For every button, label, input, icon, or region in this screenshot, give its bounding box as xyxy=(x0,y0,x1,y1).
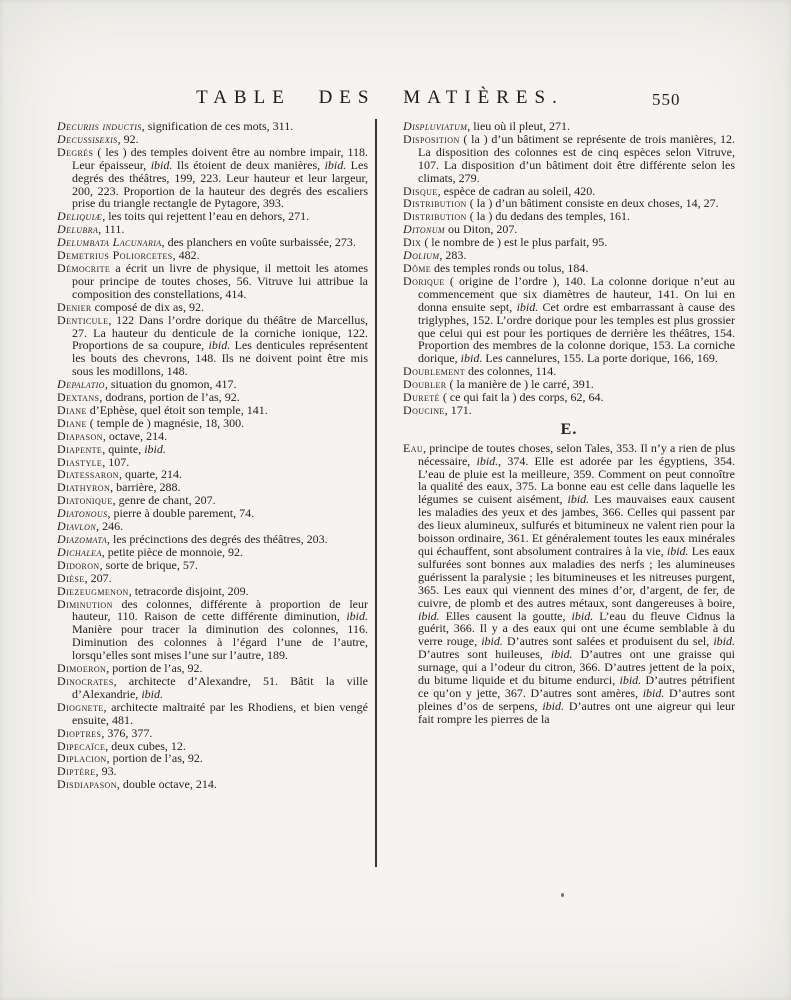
entry-term: Decuriis inductis xyxy=(57,119,142,133)
ibid-reference: ibid. xyxy=(418,609,440,623)
entry-term: Dichalea xyxy=(57,545,102,559)
page-title: TABLE DES MATIÈRES. xyxy=(140,87,620,109)
entry-term: Didoron xyxy=(57,558,100,572)
page-number: 550 xyxy=(652,90,681,110)
index-entry: Dinocrates, architecte d’Alexandre, 51. … xyxy=(57,675,368,701)
entry-term: Diatessaron xyxy=(57,467,119,481)
entry-term: Doubler xyxy=(403,377,446,391)
index-entry: Eau, principe de toutes choses, selon Ta… xyxy=(403,442,735,726)
entry-term: Diezeugmenon xyxy=(57,584,129,598)
index-entry: Diminution des colonnes, différente à pr… xyxy=(57,598,368,663)
entry-term: Doucine xyxy=(403,403,445,417)
entry-term: Degrés xyxy=(57,145,93,159)
index-entry: Dichalea, petite pièce de monnoie, 92. xyxy=(57,546,368,559)
ibid-reference: ibid. xyxy=(568,492,590,506)
index-entry: Doucine, 171. xyxy=(403,404,735,417)
entry-term: Dôme xyxy=(403,261,431,275)
entry-term: Diatonous xyxy=(57,506,108,520)
index-entry: Dôme des temples ronds ou tolus, 184. xyxy=(403,262,735,275)
index-entry: Didoron, sorte de brique, 57. xyxy=(57,559,368,572)
entry-term: Diapente xyxy=(57,442,102,456)
entry-term: Disposition xyxy=(403,132,460,146)
entry-term: Diognete xyxy=(57,700,104,714)
entry-term: Diane xyxy=(57,416,87,430)
entry-term: Eau xyxy=(403,441,423,455)
entry-term: Diavlon xyxy=(57,519,96,533)
ibid-reference: ibid. xyxy=(325,158,347,172)
entry-term: Demetrius Poliorcetes xyxy=(57,248,173,262)
entry-term: Diminution xyxy=(57,597,113,611)
column-divider-rule xyxy=(375,119,377,867)
entry-term: Diplacion xyxy=(57,751,107,765)
entry-term: Diathyron xyxy=(57,480,110,494)
ibid-reference: ibid. xyxy=(461,351,483,365)
entry-term: Diastyle xyxy=(57,455,102,469)
entry-term: Démocrite xyxy=(57,261,110,275)
ibid-reference: ibid. xyxy=(141,687,163,701)
index-entry: Diapason, octave, 214. xyxy=(57,430,368,443)
entry-term: Distribution xyxy=(403,196,467,210)
entry-term: Diptère xyxy=(57,764,96,778)
entry-term: Doublement xyxy=(403,364,465,378)
index-entry: Diane d’Ephèse, quel étoit son temple, 1… xyxy=(57,404,368,417)
ibid-reference: ibid. xyxy=(477,454,499,468)
ibid-reference: ibid. xyxy=(144,442,166,456)
ibid-reference: ibid. xyxy=(517,300,539,314)
entry-term: Diatonique xyxy=(57,493,113,507)
ibid-reference: ibid. xyxy=(346,609,368,623)
ibid-reference: ibid. xyxy=(713,634,735,648)
index-entry: Diognete, architecte maltraité par les R… xyxy=(57,701,368,727)
ibid-reference: ibid. xyxy=(643,686,665,700)
index-entry: Disposition ( la ) d’un bâtiment se repr… xyxy=(403,133,735,185)
entry-term: Dolium xyxy=(403,248,439,262)
entry-term: Denticule xyxy=(57,313,108,327)
entry-term: Dorique xyxy=(403,274,445,288)
index-entry: Dureté ( ce qui fait la ) des corps, 62,… xyxy=(403,391,735,404)
entry-term: Dipecaïce xyxy=(57,739,105,753)
entry-term: Dinocrates xyxy=(57,674,114,688)
index-entry: Diane ( temple de ) magnésie, 18, 300. xyxy=(57,417,368,430)
ibid-reference: ibid. xyxy=(667,544,689,558)
entry-term: Dextans xyxy=(57,390,99,404)
index-entry: Dextans, dodrans, portion de l’as, 92. xyxy=(57,391,368,404)
index-column-left: Decuriis inductis, signification de ces … xyxy=(57,120,368,791)
entry-term: Decussisexis xyxy=(57,132,118,146)
entry-term: Displuviatum xyxy=(403,119,467,133)
ibid-reference: ibid. xyxy=(481,634,503,648)
scan-artifact-speck xyxy=(561,893,564,897)
entry-term: Distribution xyxy=(403,209,467,223)
entry-term: Delubra xyxy=(57,222,98,236)
scanned-book-page: TABLE DES MATIÈRES. 550 Decuriis inducti… xyxy=(0,0,791,1000)
entry-term: Disque xyxy=(403,184,438,198)
section-heading: E. xyxy=(403,424,735,437)
entry-term: Dièse xyxy=(57,571,85,585)
entry-term: Delumbata Lacunaria xyxy=(57,235,162,249)
entry-term: Dix xyxy=(403,235,421,249)
index-entry: Dorique ( origine de l’ordre ), 140. La … xyxy=(403,275,735,365)
ibid-reference: ibid. xyxy=(209,338,231,352)
index-entry: Démocrite a écrit un livre de physique, … xyxy=(57,262,368,301)
index-entry: Denticule, 122 Dans l’ordre dorique du t… xyxy=(57,314,368,379)
entry-term: Dioptres xyxy=(57,726,101,740)
entry-term: Diane xyxy=(57,403,87,417)
ibid-reference: ibid. xyxy=(551,647,573,661)
entry-term: Dimoeron xyxy=(57,661,106,675)
index-entry: Diapente, quinte, ibid. xyxy=(57,443,368,456)
entry-term: Depalatio xyxy=(57,377,105,391)
entry-term: Diapason xyxy=(57,429,103,443)
entry-term: Disdiapason xyxy=(57,777,117,791)
index-column-right: Displuviatum, lieu où il pleut, 271.Disp… xyxy=(403,120,735,726)
index-entry: Disdiapason, double octave, 214. xyxy=(57,778,368,791)
ibid-reference: ibid. xyxy=(542,699,564,713)
index-entry: Decussisexis, 92. xyxy=(57,133,368,146)
entry-term: Deliquiæ xyxy=(57,209,102,223)
ibid-reference: ibid. xyxy=(620,673,642,687)
entry-term: Diazomata xyxy=(57,532,107,546)
entry-term: Dureté xyxy=(403,390,440,404)
index-entry: Degrés ( les ) des temples doivent être … xyxy=(57,146,368,211)
entry-term: Ditonum xyxy=(403,222,445,236)
ibid-reference: ibid. xyxy=(572,609,594,623)
entry-term: Denier xyxy=(57,300,92,314)
ibid-reference: ibid. xyxy=(151,158,173,172)
index-entry: Diazomata, les précinctions des degrés d… xyxy=(57,533,368,546)
